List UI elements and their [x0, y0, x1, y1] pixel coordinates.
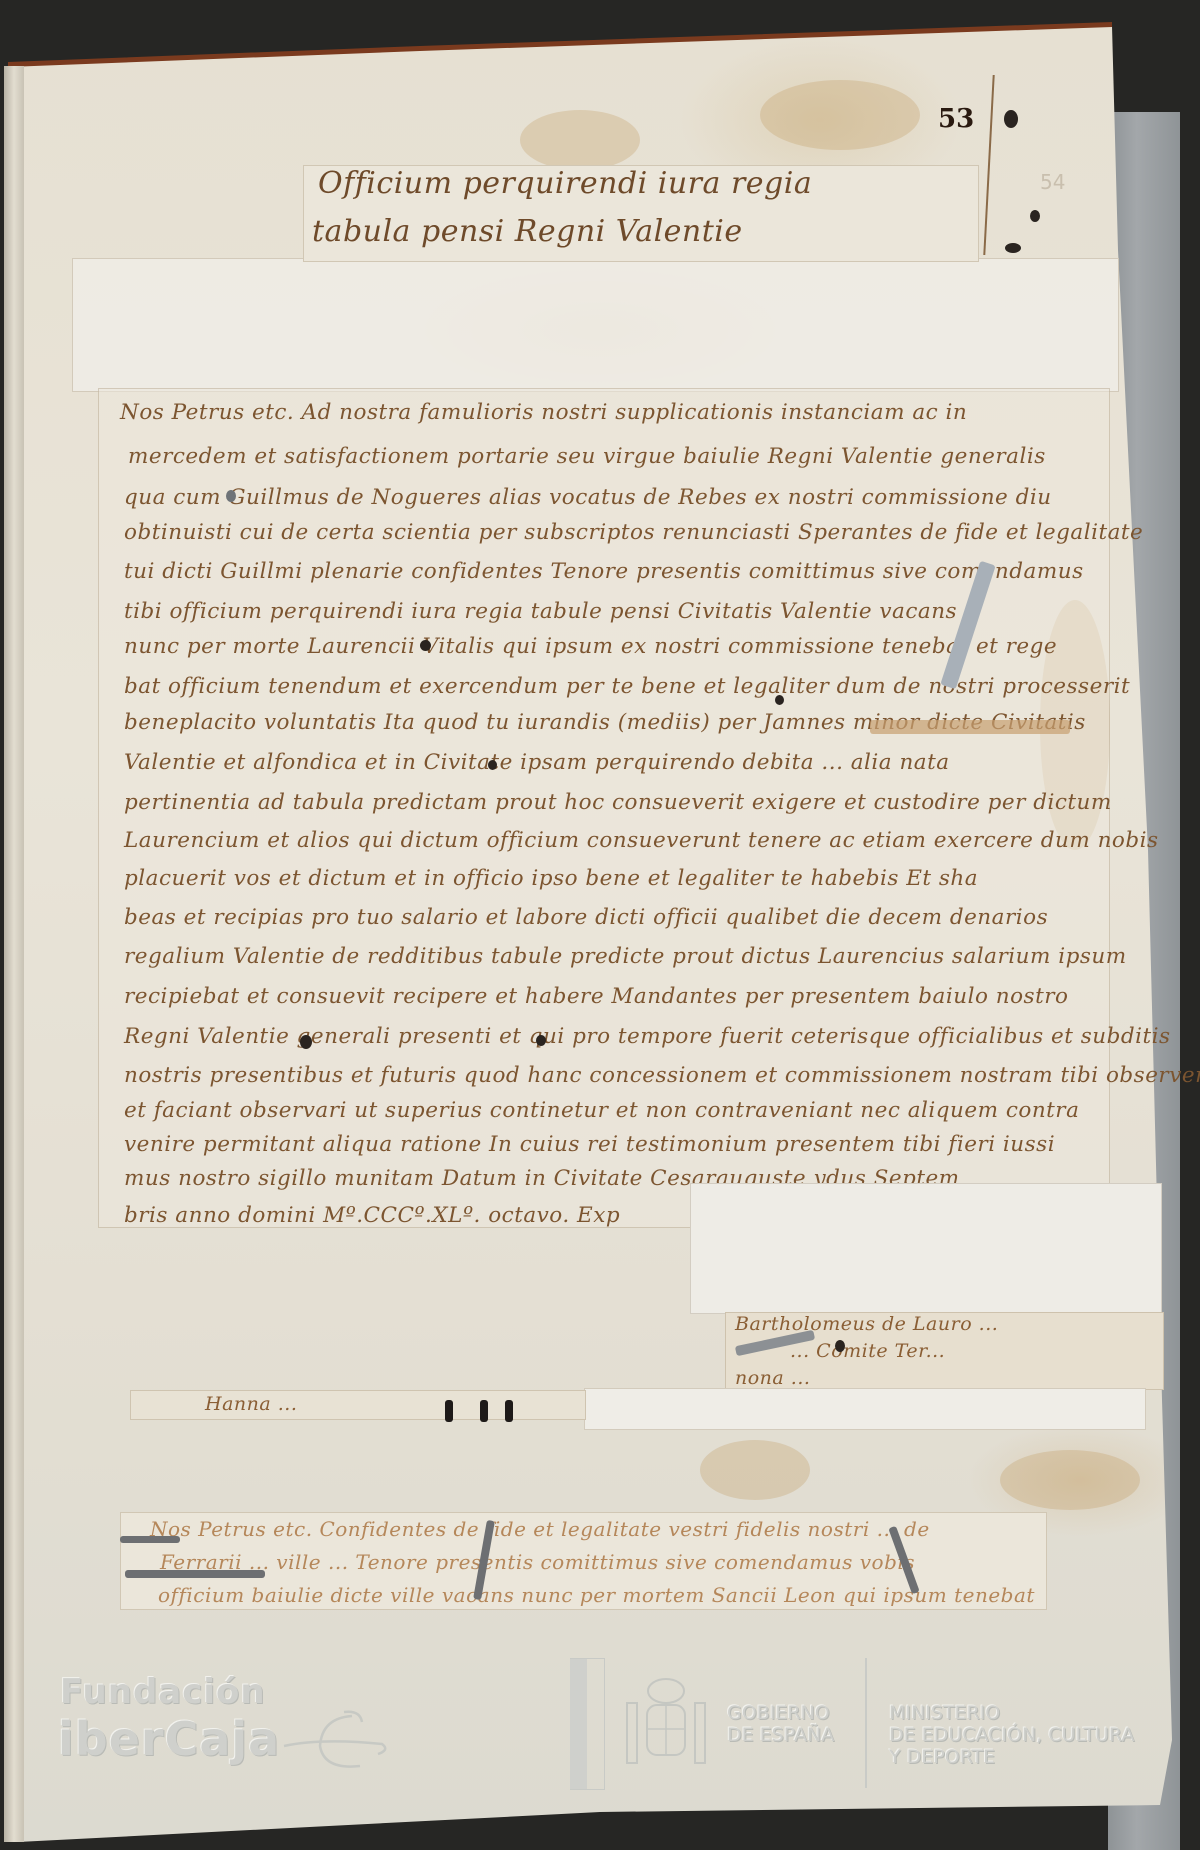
- binding-hole-icon: [1005, 243, 1021, 253]
- main-text-line: Valentie et alfondica et in Civitate ips…: [124, 750, 950, 775]
- signature-line: Bartholomeus de Lauro ...: [735, 1313, 998, 1335]
- ink-blot: [870, 720, 1070, 734]
- watermark-ministerio-text: Y DEPORTE: [889, 1746, 995, 1768]
- parchment-hole: [835, 1340, 845, 1352]
- watermark-divider: [865, 1658, 867, 1788]
- main-text-line: beas et recipias pro tuo salario et labo…: [124, 905, 1048, 930]
- folio-number: 53: [938, 104, 974, 134]
- spain-flag-bar-icon: [570, 1658, 605, 1790]
- main-text-line: Laurencium et alios qui dictum officium …: [124, 828, 1159, 853]
- main-text-line: obtinuisti cui de certa scientia per sub…: [124, 520, 1143, 545]
- water-stain: [520, 110, 640, 170]
- parchment-tear: [125, 1570, 265, 1578]
- watermark-gobierno-text: GOBIERNO: [727, 1702, 830, 1724]
- binding-hole-icon: [1004, 110, 1018, 128]
- parchment-hole: [226, 490, 236, 502]
- main-text-line: tibi officium perquirendi iura regia tab…: [124, 599, 957, 624]
- parchment-hole: [488, 760, 497, 770]
- water-stain: [1000, 1450, 1140, 1510]
- parchment-tear: [120, 1536, 180, 1543]
- watermark-espana-text: DE ESPAÑA: [727, 1724, 834, 1746]
- water-stain: [760, 80, 920, 150]
- white-paper-patch: [584, 1388, 1146, 1430]
- watermark-ibercaja-text: iberCaja: [58, 1712, 280, 1766]
- main-text-line: tui dicti Guillmi plenarie confidentes T…: [124, 559, 1084, 584]
- lower-text-line: Nos Petrus etc. Confidentes de fide et l…: [150, 1517, 930, 1541]
- main-text-line: placuerit vos et dictum et in officio ip…: [124, 866, 978, 891]
- main-text-line: recipiebat et consuevit recipere et habe…: [124, 984, 1068, 1009]
- main-text-line: venire permitant aliqua ratione In cuius…: [124, 1132, 1055, 1157]
- title-line-1: Officium perquirendi iura regia: [318, 166, 812, 201]
- tissue-repair-strip: [72, 258, 1119, 392]
- lower-text-line: officium baiulie dicte ville vacans nunc…: [158, 1583, 1035, 1607]
- water-stain: [700, 1440, 810, 1500]
- binding-hole-icon: [480, 1400, 488, 1422]
- main-text-line: qua cum Guillmus de Nogueres alias vocat…: [124, 485, 1052, 510]
- binding-hole-icon: [1030, 210, 1040, 222]
- main-text-line: bat officium tenendum et exercendum per …: [124, 674, 1130, 699]
- lower-text-line: Ferrarii ... ville ... Tenore presentis …: [160, 1550, 915, 1574]
- marginal-note-strip: [130, 1390, 586, 1420]
- main-text-line: Regni Valentie generali presenti et qui …: [124, 1024, 1171, 1049]
- white-paper-patch: [690, 1183, 1162, 1314]
- watermark-fundacion-text: Fundación: [60, 1672, 266, 1712]
- parchment-hole: [775, 695, 784, 705]
- main-text-line: regalium Valentie de redditibus tabule p…: [124, 944, 1127, 969]
- main-text-line: mercedem et satisfactionem portarie seu …: [128, 444, 1046, 469]
- signature-line: ... Comite Ter...: [790, 1340, 945, 1362]
- main-text-line: Nos Petrus etc. Ad nostra famulioris nos…: [120, 400, 967, 425]
- main-text-line: nostris presentibus et futuris quod hanc…: [124, 1063, 1200, 1088]
- watermark-ministerio-text: MINISTERIO: [889, 1702, 1000, 1724]
- title-line-2: tabula pensi Regni Valentie: [312, 214, 743, 249]
- main-text-line: pertinentia ad tabula predictam prout ho…: [124, 790, 1112, 815]
- folio-number-pencil: 54: [1040, 170, 1065, 194]
- main-text-line: nunc per morte Laurencii Vitalis qui ips…: [124, 634, 1057, 659]
- signature-line: nona ...: [735, 1367, 810, 1389]
- binding-hole-icon: [505, 1400, 513, 1422]
- marginal-note: Hanna ...: [205, 1393, 297, 1415]
- parchment-hole: [300, 1035, 312, 1049]
- main-text-line: bris anno domini Mº.CCCº.XLº. octavo. Ex…: [124, 1203, 620, 1228]
- spain-coat-of-arms-icon: [623, 1677, 709, 1767]
- parchment-hole: [420, 640, 431, 651]
- watermark-ministerio-text: DE EDUCACIÓN, CULTURA: [889, 1724, 1134, 1746]
- parchment-hole: [536, 1035, 546, 1046]
- main-text-line: et faciant observari ut superius contine…: [124, 1098, 1079, 1123]
- binding-hole-icon: [445, 1400, 453, 1422]
- binding-gutter: [4, 66, 24, 1842]
- ibercaja-logo-icon: [282, 1708, 392, 1774]
